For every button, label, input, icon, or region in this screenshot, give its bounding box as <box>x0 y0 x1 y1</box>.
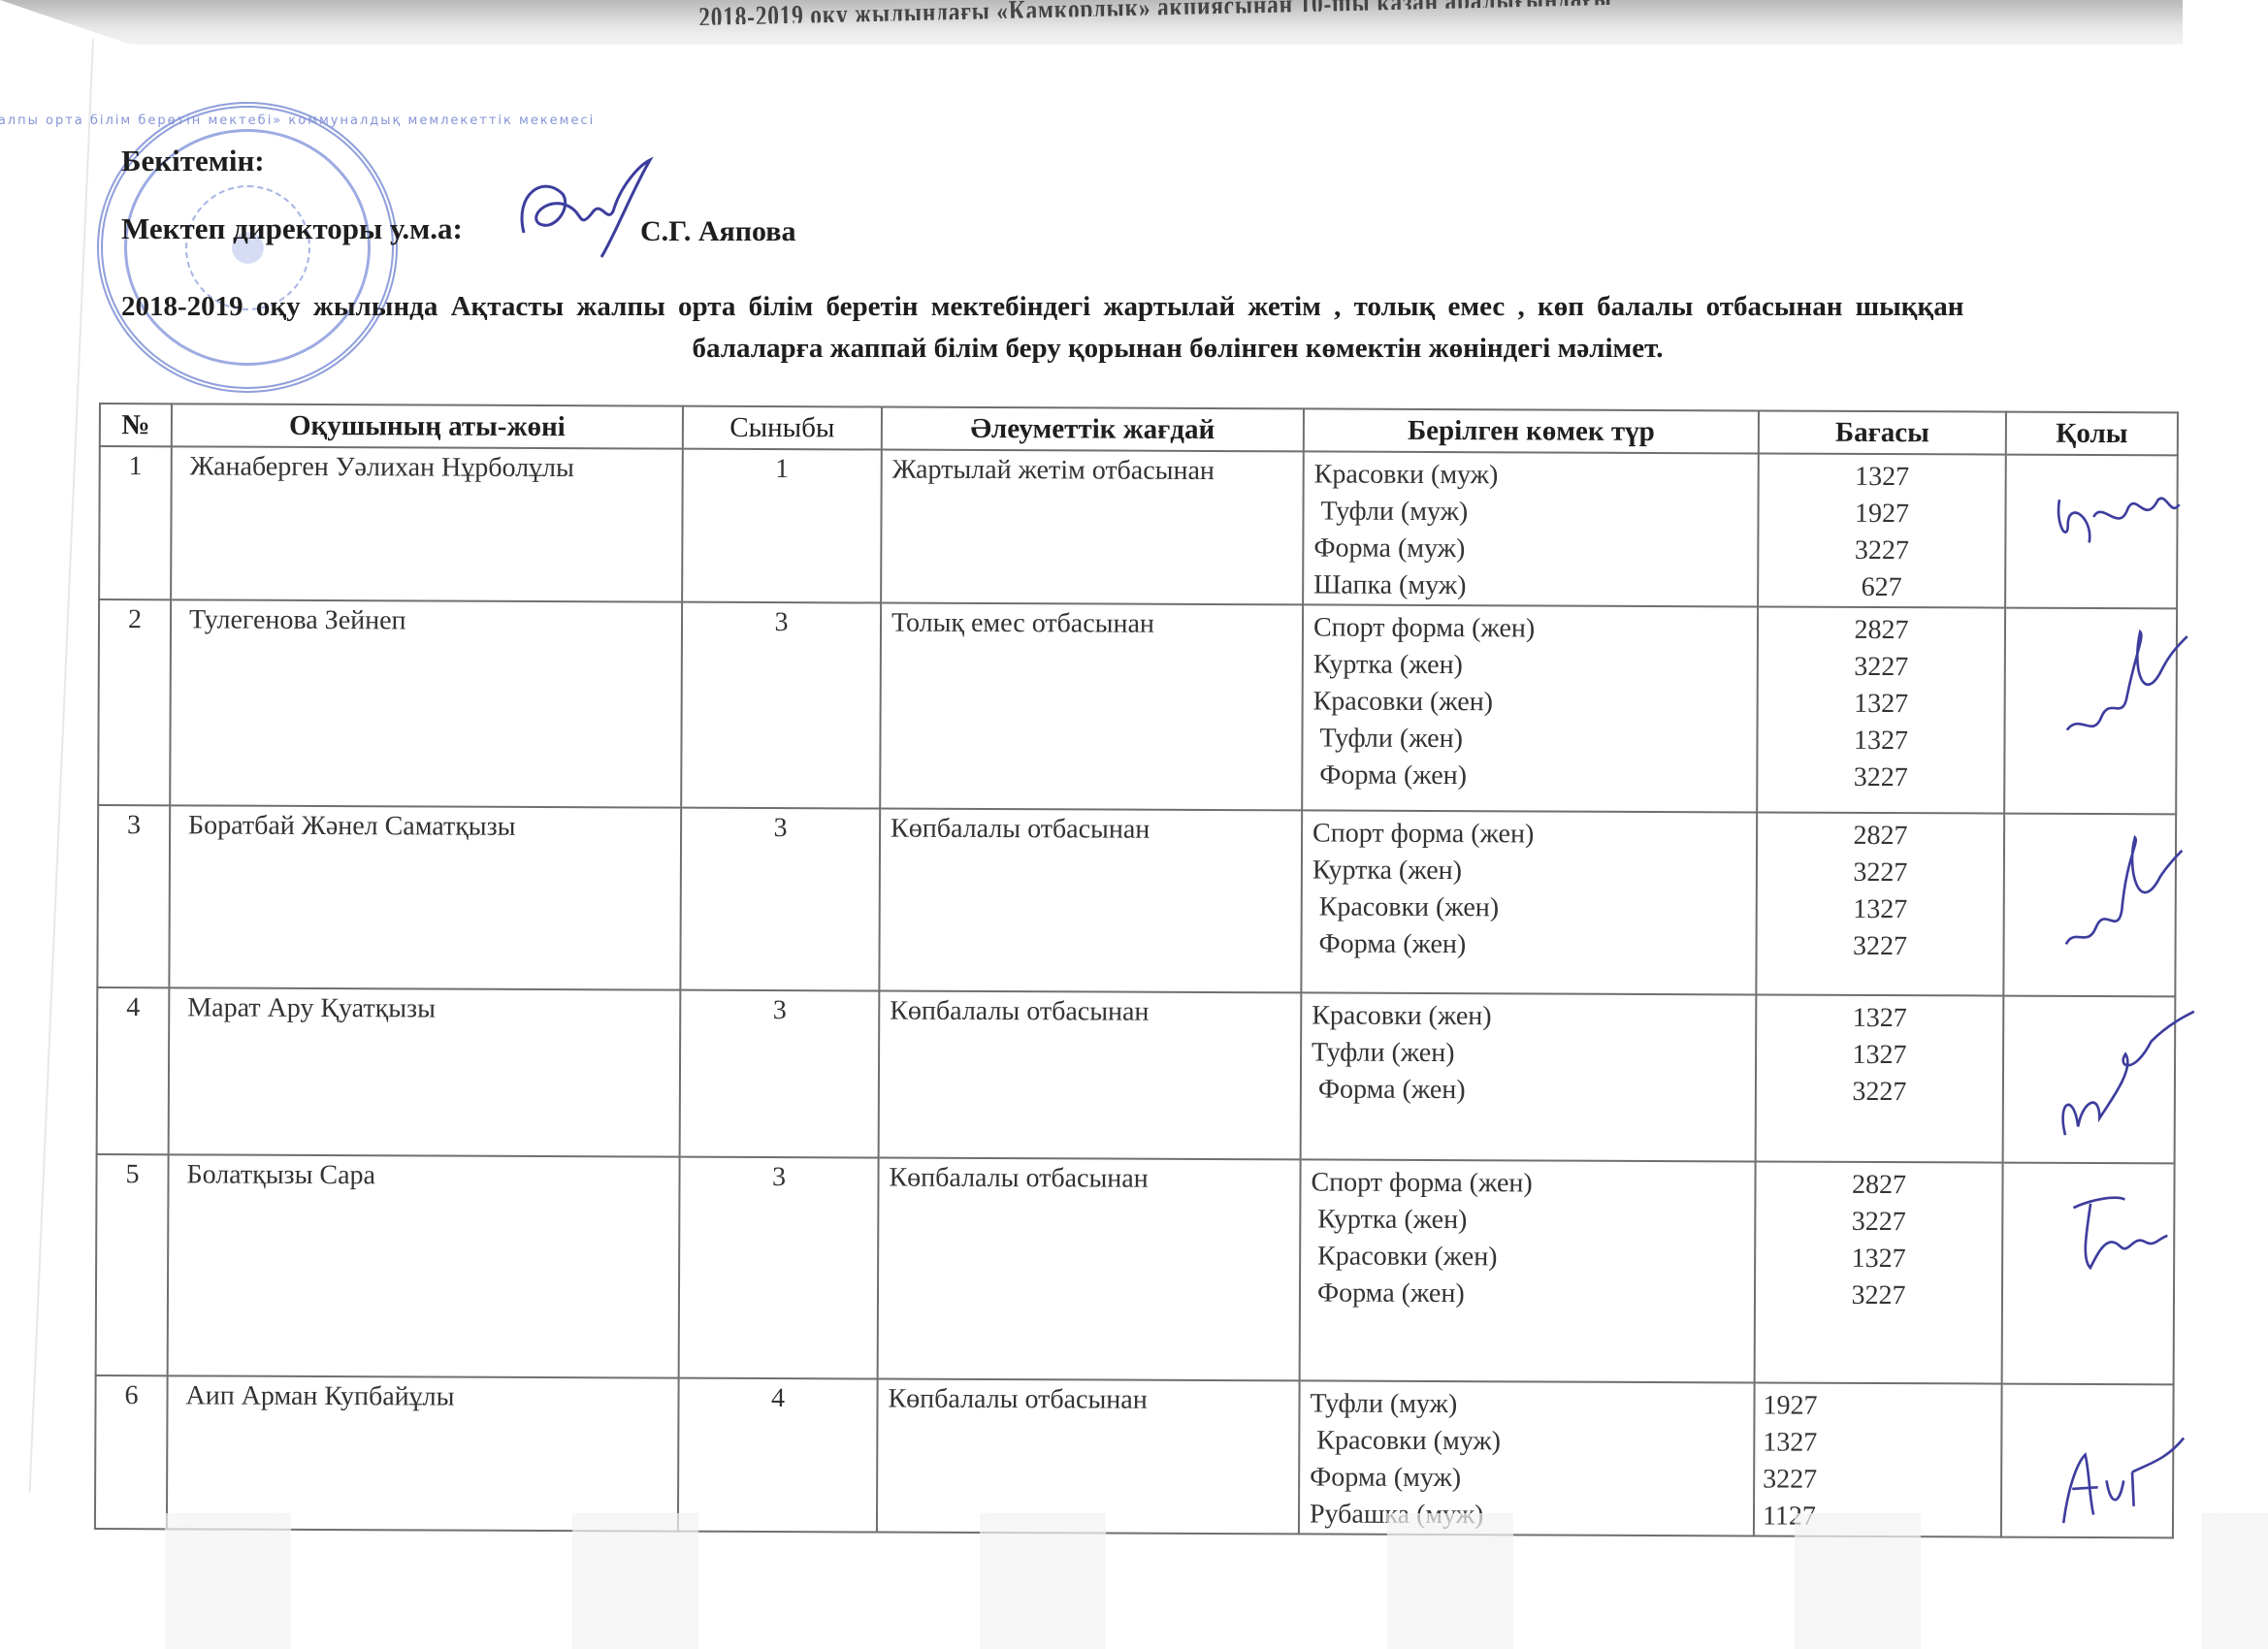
signature-cell <box>2003 814 2176 997</box>
document-title-line2: балаларға жаппай білім беру қорынан бөлі… <box>0 333 2268 365</box>
column-header-aid-type: Берілген көмек түр <box>1304 408 1759 453</box>
aid-price: 1327 <box>1759 685 2004 723</box>
seal-text: «Ақтасты жалпы орта білім беретін мектеб… <box>0 113 595 128</box>
aid-items: Спорт форма (жен)Куртка (жен)Красовки (ж… <box>1302 604 1758 812</box>
aid-price: 1327 <box>1758 890 2003 928</box>
student-grade: 3 <box>680 808 880 991</box>
aid-price: 2827 <box>1758 817 2003 855</box>
aid-item: Шапка (муж) <box>1313 566 1757 605</box>
director-name: С.Г. Аяпова <box>640 215 796 248</box>
aid-price: 3227 <box>1757 927 2002 965</box>
social-status: Көпбалалы отбасынан <box>879 809 1302 993</box>
aid-price: 1327 <box>1758 722 2003 760</box>
handwritten-signature-icon <box>2014 1007 2238 1153</box>
previous-page-text: 2018-2019 оқу жылындағы «Қамқорлық» акци… <box>698 0 1612 35</box>
aid-item: Форма (муж) <box>1310 1459 1753 1498</box>
column-header-status: Әлеуметтік жағдай <box>882 407 1304 452</box>
table-row: 2Тулегенова Зейнеп3Толық емес отбасынанС… <box>98 599 2177 814</box>
aid-prices: 132713273227 <box>1756 994 2004 1162</box>
previous-page-fold: 2018-2019 оқу жылындағы «Қамқорлық» акци… <box>0 0 2183 45</box>
student-name: Тулегенова Зейнеп <box>170 599 682 807</box>
aid-table: № Оқушының аты-жөні Сыныбы Әлеуметтік жа… <box>94 403 2179 1538</box>
student-name: Марат Ару Қуатқызы <box>169 987 681 1156</box>
aid-price: 3227 <box>1759 648 2004 686</box>
student-name: Болатқызы Сара <box>168 1154 680 1377</box>
student-grade: 3 <box>679 1157 879 1379</box>
aid-item: Форма (жен) <box>1312 1071 1755 1110</box>
aid-item: Спорт форма (жен) <box>1311 1164 1754 1203</box>
column-header-number: № <box>100 404 172 446</box>
aid-prices: 2827322713273227 <box>1756 812 2004 995</box>
column-header-name: Оқушының аты-жөні <box>172 404 683 448</box>
student-name: Жанаберген Уәлихан Нұрболұлы <box>171 446 683 601</box>
approve-label: Бекітемін: <box>121 144 265 178</box>
aid-item: Туфли (муж) <box>1313 493 1757 532</box>
aid-item: Красовки (жен) <box>1311 1238 1754 1277</box>
student-name: Аип Арман Купбайұлы <box>167 1375 679 1531</box>
aid-items: Красовки (жен)Туфли (жен) Форма (жен) <box>1301 992 1757 1161</box>
aid-price: 3227 <box>1757 1073 2002 1111</box>
aid-price: 3227 <box>1759 532 2004 569</box>
aid-price: 3227 <box>1756 1203 2001 1241</box>
row-number: 3 <box>97 805 170 987</box>
aid-item: Туфли (муж) <box>1310 1385 1753 1424</box>
student-grade: 3 <box>680 990 880 1158</box>
aid-item: Туфли (жен) <box>1312 720 1756 759</box>
social-status: Толық емес отбасынан <box>880 603 1303 811</box>
aid-items: Красовки (муж) Туфли (муж)Форма (муж)Шап… <box>1303 451 1759 606</box>
aid-item: Красовки (жен) <box>1313 683 1757 722</box>
table-row: 3Боратбай Жәнел Саматқызы3Көпбалалы отба… <box>97 805 2176 996</box>
student-grade: 4 <box>678 1378 878 1533</box>
aid-item: Форма (муж) <box>1313 530 1757 568</box>
handwritten-signature-icon <box>2015 619 2239 765</box>
column-header-grade: Сыныбы <box>683 406 882 450</box>
director-label: Мектеп директоры у.м.а: <box>121 211 463 246</box>
aid-item: Спорт форма (жен) <box>1313 609 1757 648</box>
handwritten-signature-icon <box>2013 1174 2237 1320</box>
row-number: 4 <box>97 987 170 1154</box>
aid-price: 3227 <box>1758 759 2003 796</box>
signature-cell <box>2003 996 2176 1164</box>
director-signature-icon <box>504 155 660 262</box>
aid-item: Куртка (жен) <box>1311 1201 1754 1240</box>
column-header-price: Бағасы <box>1759 410 2006 454</box>
aid-prices: 2827322713273227 <box>1755 1161 2003 1383</box>
student-name: Боратбай Жәнел Саматқызы <box>169 805 681 989</box>
aid-price: 1327 <box>1757 999 2002 1037</box>
bleed-through-text <box>0 1513 2268 1649</box>
aid-price: 1327 <box>1760 458 2005 496</box>
aid-price: 3227 <box>1758 854 2003 891</box>
social-status: Көпбалалы отбасынан <box>877 1379 1300 1535</box>
column-header-signature: Қолы <box>2006 412 2178 456</box>
aid-price: 1927 <box>1759 495 2004 533</box>
signature-cell <box>2005 455 2178 609</box>
aid-price: 1927 <box>1763 1387 2000 1425</box>
aid-items: Спорт форма (жен)Куртка (жен) Красовки (… <box>1301 810 1757 994</box>
aid-item: Куртка (жен) <box>1313 646 1757 685</box>
document-title-line1: 2018-2019 оқу жылында Ақтасты жалпы орта… <box>121 291 2187 323</box>
student-grade: 1 <box>682 449 882 603</box>
aid-item: Красовки (жен) <box>1312 997 1755 1036</box>
aid-item: Красовки (жен) <box>1312 889 1756 927</box>
aid-price: 1327 <box>1757 1036 2002 1074</box>
aid-price: 2827 <box>1759 611 2004 649</box>
page-fold-line <box>29 39 94 1493</box>
table-row: 4Марат Ару Қуатқызы3Көпбалалы отбасынанК… <box>97 987 2176 1163</box>
row-number: 5 <box>96 1154 169 1375</box>
aid-item: Туфли (жен) <box>1312 1034 1755 1073</box>
aid-item: Красовки (муж) <box>1310 1422 1753 1461</box>
aid-price: 3227 <box>1763 1461 2000 1499</box>
table-row: 1Жанаберген Уәлихан Нұрболұлы1Жартылай ж… <box>99 446 2178 608</box>
aid-prices: 28273227132713273227 <box>1757 606 2005 813</box>
handwritten-signature-icon <box>2016 466 2240 612</box>
table-row: 5Болатқызы Сара3Көпбалалы отбасынанСпорт… <box>96 1154 2175 1384</box>
signature-cell <box>2002 1163 2175 1385</box>
aid-item: Куртка (жен) <box>1312 852 1756 890</box>
aid-items: Спорт форма (жен) Куртка (жен) Красовки … <box>1300 1159 1756 1382</box>
student-grade: 3 <box>681 602 881 809</box>
aid-price: 1327 <box>1756 1240 2001 1277</box>
handwritten-signature-icon <box>2014 824 2238 971</box>
social-status: Жартылай жетім отбасынан <box>881 450 1304 605</box>
signature-cell <box>2004 608 2177 815</box>
social-status: Көпбалалы отбасынан <box>879 991 1302 1160</box>
row-number: 1 <box>99 446 172 599</box>
aid-item: Форма (жен) <box>1312 925 1755 964</box>
aid-item: Форма (жен) <box>1312 757 1756 795</box>
aid-price: 2827 <box>1756 1166 2001 1204</box>
aid-price: 627 <box>1759 568 2004 606</box>
row-number: 6 <box>95 1375 168 1529</box>
aid-item: Спорт форма (жен) <box>1312 815 1756 854</box>
aid-price: 3227 <box>1756 1277 2001 1314</box>
aid-item: Красовки (муж) <box>1314 456 1758 495</box>
row-number: 2 <box>98 599 171 805</box>
social-status: Көпбалалы отбасынан <box>878 1158 1301 1381</box>
aid-price: 1327 <box>1763 1424 2000 1462</box>
aid-item: Форма (жен) <box>1311 1275 1754 1313</box>
aid-prices: 132719273227627 <box>1758 453 2006 607</box>
